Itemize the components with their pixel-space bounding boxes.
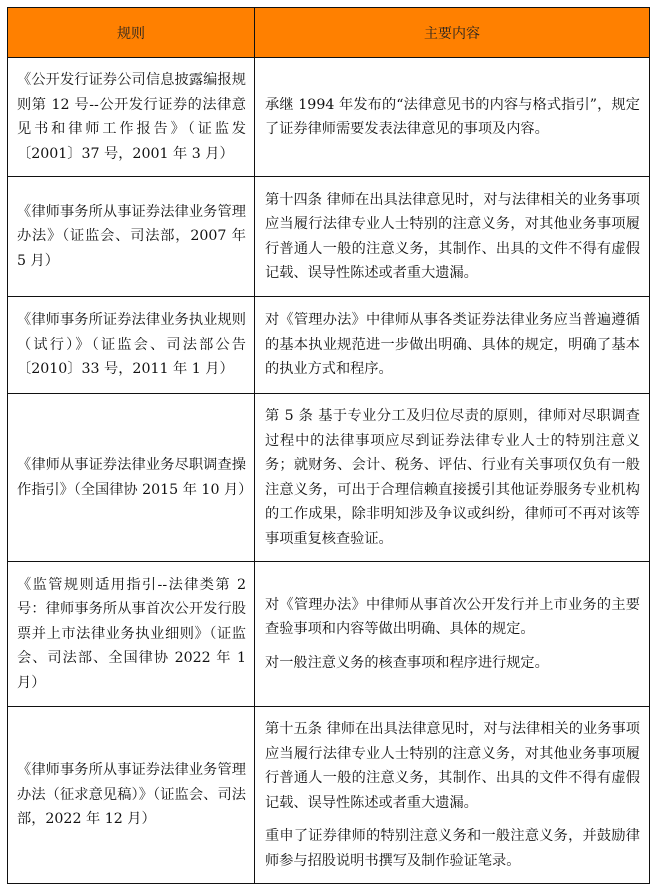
rule-cell: 《监管规则适用指引--法律类第 2 号：律师事务所从事首次公开发行股票并上市法律… — [8, 562, 255, 707]
table-row: 《公开发行证券公司信息披露编报规则第 12 号--公开发行证券的法律意见书和律师… — [8, 58, 650, 177]
table-row: 《监管规则适用指引--法律类第 2 号：律师事务所从事首次公开发行股票并上市法律… — [8, 562, 650, 707]
table-row: 《律师事务所从事证券法律业务管理办法（征求意见稿）》（证监会、司法部，2022 … — [8, 707, 650, 884]
content-paragraph: 承继 1994 年发布的“法律意见书的内容与格式指引”，规定了证券律师需要发表法… — [265, 93, 640, 142]
content-cell: 对《管理办法》中律师从事各类证券法律业务应当普遍遵循的基本执业规范进一步做出明确… — [255, 297, 650, 394]
table-row: 《律师从事证券法律业务尽职调查操作指引》（全国律协 2015 年 10 月） 第… — [8, 394, 650, 562]
column-header-content: 主要内容 — [255, 8, 650, 58]
content-paragraph: 对《管理办法》中律师从事首次公开发行并上市业务的主要查验事项和内容等做出明确、具… — [265, 593, 640, 642]
content-cell: 第十五条 律师在出具法律意见时，对与法律相关的业务事项应当履行法律专业人士特别的… — [255, 707, 650, 884]
content-paragraph: 第十五条 律师在出具法律意见时，对与法律相关的业务事项应当履行法律专业人士特别的… — [265, 717, 640, 815]
content-paragraph: 对一般注意义务的核查事项和程序进行规定。 — [265, 651, 640, 676]
table-row: 《律师事务所从事证券法律业务管理办法》（证监会、司法部，2007 年 5 月） … — [8, 177, 650, 297]
rule-cell: 《律师从事证券法律业务尽职调查操作指引》（全国律协 2015 年 10 月） — [8, 394, 255, 562]
table-header-row: 规则 主要内容 — [8, 8, 650, 58]
rule-cell: 《律师事务所证券法律业务执业规则（试行）》（证监会、司法部公告〔2010〕33 … — [8, 297, 255, 394]
regulations-table: 规则 主要内容 《公开发行证券公司信息披露编报规则第 12 号--公开发行证券的… — [7, 7, 650, 884]
content-cell: 第十四条 律师在出具法律意见时，对与法律相关的业务事项应当履行法律专业人士特别的… — [255, 177, 650, 297]
content-paragraph: 第十四条 律师在出具法律意见时，对与法律相关的业务事项应当履行法律专业人士特别的… — [265, 188, 640, 286]
rule-cell: 《律师事务所从事证券法律业务管理办法（征求意见稿）》（证监会、司法部，2022 … — [8, 707, 255, 884]
content-paragraph: 对《管理办法》中律师从事各类证券法律业务应当普遍遵循的基本执业规范进一步做出明确… — [265, 308, 640, 382]
content-cell: 对《管理办法》中律师从事首次公开发行并上市业务的主要查验事项和内容等做出明确、具… — [255, 562, 650, 707]
content-paragraph: 第 5 条 基于专业分工及归位尽责的原则，律师对尽职调查过程中的法律事项应尽到证… — [265, 404, 640, 551]
rule-cell: 《律师事务所从事证券法律业务管理办法》（证监会、司法部，2007 年 5 月） — [8, 177, 255, 297]
rule-cell: 《公开发行证券公司信息披露编报规则第 12 号--公开发行证券的法律意见书和律师… — [8, 58, 255, 177]
content-paragraph: 重申了证券律师的特别注意义务和一般注意义务，并鼓励律师参与招股说明书撰写及制作验… — [265, 824, 640, 873]
content-cell: 第 5 条 基于专业分工及归位尽责的原则，律师对尽职调查过程中的法律事项应尽到证… — [255, 394, 650, 562]
content-cell: 承继 1994 年发布的“法律意见书的内容与格式指引”，规定了证券律师需要发表法… — [255, 58, 650, 177]
table-row: 《律师事务所证券法律业务执业规则（试行）》（证监会、司法部公告〔2010〕33 … — [8, 297, 650, 394]
column-header-rule: 规则 — [8, 8, 255, 58]
